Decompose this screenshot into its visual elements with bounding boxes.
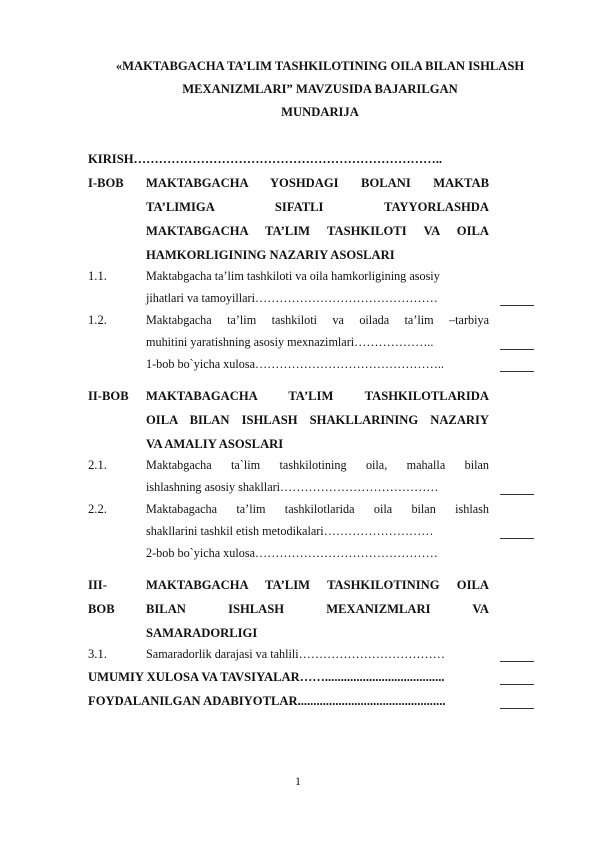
toc-adabiyot-text: FOYDALANILGAN ADABIYOTLAR...............…	[88, 694, 446, 709]
toc-bob1-line-2: TA’LIMIGA SIFATLI TAYYORLASHDA	[146, 200, 489, 215]
document-heading-mundarija: MUNDARIJA	[60, 105, 580, 120]
toc-bob3-line-1: MAKTABGACHA TA’LIM TASHKILOTINING OILA	[146, 578, 489, 593]
toc-bob3-line-2: BILAN ISHLASH MEXANIZMLARI VA	[146, 602, 489, 617]
page-number-blank	[500, 305, 534, 306]
document-title-line-1: «MAKTABGACHA TA’LIM TASHKILOTINING OILA …	[60, 59, 580, 74]
toc-entry-bob3: III- MAKTABGACHA TA’LIM TASHKILOTINING O…	[88, 578, 538, 598]
toc-bob1-label: I-BOB	[88, 176, 124, 191]
toc-2-1-line-2: ishlashning asosiy shakllari…………………………………	[146, 480, 489, 495]
toc-bob2-line-2: OILA BILAN ISHLASH SHAKLLARINING NAZARIY	[146, 413, 489, 428]
toc-2-1-line-1: Maktabgacha ta`lim tashkilotining oila, …	[146, 458, 489, 473]
toc-2-2-label: 2.2.	[88, 502, 107, 517]
toc-bob3-line-3: SAMARADORLIGI	[146, 626, 489, 641]
toc-entry-2-1: 2.1. Maktabgacha ta`lim tashkilotining o…	[88, 458, 538, 478]
toc-entry-kirish: KIRISH………………………………………………………………..	[88, 152, 538, 172]
toc-bob1-conclusion: 1-bob bo`yicha xulosa………………………………………..	[146, 357, 489, 372]
toc-entry-xulosa: UMUMIY XULOSA VA TAVSIYALAR……...........…	[88, 670, 538, 690]
toc-1-1-line-2: jihatlari va tamoyillari………………………………………	[146, 291, 489, 306]
toc-entry-bob1: I-BOB MAKTABGACHA YOSHDAGI BOLANI MAKTAB	[88, 176, 538, 196]
page-number-blank	[500, 684, 534, 685]
page-number-blank	[500, 371, 534, 372]
toc-entry-2-2: 2.2. Maktabagacha ta’lim tashkilotlarida…	[88, 502, 538, 522]
toc-1-1-label: 1.1.	[88, 269, 107, 284]
toc-entry-1-1: 1.1. Maktabgacha ta’lim tashkiloti va oi…	[88, 269, 538, 289]
toc-2-2-line-1: Maktabagacha ta’lim tashkilotlarida oila…	[146, 502, 489, 517]
toc-1-1-line-1: Maktabgacha ta’lim tashkiloti va oila ha…	[146, 269, 489, 284]
toc-xulosa-text: UMUMIY XULOSA VA TAVSIYALAR……...........…	[88, 670, 445, 685]
toc-3-1-label: 3.1.	[88, 647, 107, 662]
page-number-blank	[500, 349, 534, 350]
toc-bob3-label-2: BOB	[88, 602, 115, 617]
toc-bob1-line-4: HAMKORLIGINING NAZARIY ASOSLARI	[146, 248, 489, 263]
toc-bob2-conclusion: 2-bob bo`yicha xulosa………………………………………	[146, 546, 489, 561]
toc-2-2-line-2: shakllarini tashkil etish metodikalari………	[146, 524, 489, 539]
document-title-line-2: MEXANIZMLARI” MAVZUSIDA BAJARILGAN	[60, 82, 580, 97]
page-number-blank	[500, 494, 534, 495]
toc-1-2-line-2: muhitini yaratishning asosiy mexnazimlar…	[146, 335, 489, 350]
toc-bob3-label-1: III-	[88, 578, 107, 593]
toc-entry-1-2: 1.2. Maktabgacha ta’lim tashkiloti va oi…	[88, 313, 538, 333]
toc-2-1-label: 2.1.	[88, 458, 107, 473]
toc-bob1-line-1: MAKTABGACHA YOSHDAGI BOLANI MAKTAB	[146, 176, 489, 191]
toc-entry-bob2: II-BOB MAKTABAGACHA TA’LIM TASHKILOTLARI…	[88, 389, 538, 409]
toc-bob2-label: II-BOB	[88, 389, 129, 404]
toc-entry-adabiyot: FOYDALANILGAN ADABIYOTLAR...............…	[88, 694, 538, 714]
toc-1-2-line-1: Maktabgacha ta’lim tashkiloti va oilada …	[146, 313, 489, 328]
toc-kirish-text: KIRISH………………………………………………………………..	[88, 152, 442, 167]
toc-bob2-line-3: VA AMALIY ASOSLARI	[146, 437, 489, 452]
page-number: 1	[0, 774, 596, 789]
page-number-blank	[500, 661, 534, 662]
toc-3-1-line-1: Samaradorlik darajasi va tahlili………………………	[146, 647, 489, 662]
toc-bob1-line-3: MAKTABGACHA TA’LIM TASHKILOTI VA OILA	[146, 224, 489, 239]
toc-bob2-line-1: MAKTABAGACHA TA’LIM TASHKILOTLARIDA	[146, 389, 489, 404]
page-number-blank	[500, 708, 534, 709]
toc-entry-3-1: 3.1. Samaradorlik darajasi va tahlili…………	[88, 647, 538, 667]
page-number-blank	[500, 538, 534, 539]
toc-1-2-label: 1.2.	[88, 313, 107, 328]
